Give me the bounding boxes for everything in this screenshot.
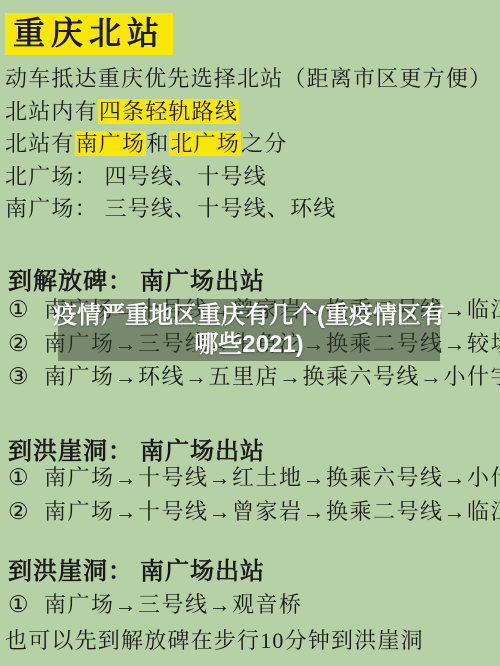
- route-text: 南广场→十号线→曾家岩→换乘二号线→临江门: [44, 499, 500, 525]
- page-title-highlight: 重庆北站: [5, 13, 173, 55]
- route-text: 南广场→三号线→观音桥: [44, 592, 303, 618]
- intro-line-3-text: 和: [146, 131, 169, 156]
- highlighted-text: 南广场: [75, 131, 147, 156]
- highlighted-text: 北广场: [169, 131, 241, 156]
- walking-tip-note: 也可以先到解放碑在步行10分钟到洪崖洞: [5, 624, 424, 655]
- intro-line-1-text: 动车抵达重庆优先选择北站（距离市区更方便）: [5, 66, 492, 91]
- section-title-hongyadong: 到洪崖洞： 南广场出站: [8, 431, 265, 466]
- intro-line-1: 动车抵达重庆优先选择北站（距离市区更方便）: [5, 66, 492, 92]
- route-number: ①: [8, 592, 44, 618]
- route-number: ①: [8, 465, 44, 491]
- route-row: ③ 南广场→环线→五里店→换乘六号线→小什字: [8, 364, 500, 390]
- intro-line-3: 北站有南广场和北广场之分: [5, 131, 287, 157]
- intro-line-3-text: 北站有: [5, 131, 75, 156]
- route-text: 南广场→十号线→红土地→换乘六号线→小什字: [44, 465, 500, 491]
- route-number: ③: [8, 364, 44, 390]
- intro-line-2-text: 北站内有: [5, 99, 98, 124]
- intro-line-2: 北站内有四条轻轨路线: [5, 99, 239, 125]
- highlighted-text: 四条轻轨路线: [98, 99, 239, 124]
- section-title-hongyadong-2: 到洪崖洞： 南广场出站: [8, 551, 265, 586]
- route-number: ②: [8, 499, 44, 525]
- section-title-jiefangbei: 到解放碑： 南广场出站: [8, 261, 265, 296]
- intro-line-5: 南广场： 三号线、十号线、环线: [5, 196, 337, 222]
- route-row: ① 南广场→十号线→红土地→换乘六号线→小什字: [8, 465, 500, 491]
- watermark-title-line-2: 哪些2021): [32, 330, 466, 359]
- watermark-title-line-1: 疫情严重地区重庆有几个(重疫情区有: [32, 301, 466, 330]
- intro-line-4: 北广场： 四号线、十号线: [5, 164, 267, 190]
- watermark-overlay: 疫情严重地区重庆有几个(重疫情区有 哪些2021): [58, 299, 440, 361]
- page-title: 重庆北站: [13, 16, 165, 50]
- intro-line-4-text: 北广场： 四号线、十号线: [5, 164, 267, 189]
- intro-line-5-text: 南广场： 三号线、十号线、环线: [5, 196, 337, 221]
- watermark-title: 疫情严重地区重庆有几个(重疫情区有 哪些2021): [32, 301, 466, 359]
- route-row: ② 南广场→十号线→曾家岩→换乘二号线→临江门: [8, 499, 500, 525]
- route-text: 南广场→环线→五里店→换乘六号线→小什字: [44, 364, 500, 390]
- intro-line-3-text: 之分: [241, 131, 287, 156]
- route-row: ① 南广场→三号线→观音桥: [8, 592, 303, 618]
